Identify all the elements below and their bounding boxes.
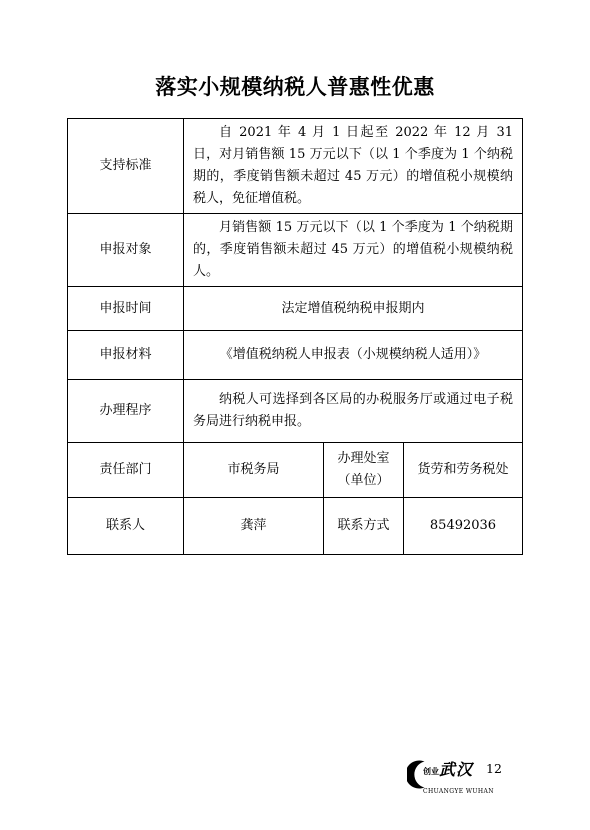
chuangye-wuhan-logo: 创业 武汉 CHUANGYE WUHAN xyxy=(407,758,494,797)
page-number: 12 xyxy=(486,761,502,776)
table-row: 申报材料 《增值税纳税人申报表（小规模纳税人适用）》 xyxy=(68,331,523,380)
row-label-handling-office: 办理处室（单位） xyxy=(324,443,404,498)
logo-chinese-text: 创业 武汉 xyxy=(423,762,494,778)
row-value-contact-person: 龚萍 xyxy=(184,498,324,555)
policy-info-table: 支持标准 自 2021 年 4 月 1 日起至 2022 年 12 月 31 日… xyxy=(67,118,523,555)
page-title: 落实小规模纳税人普惠性优惠 xyxy=(0,71,590,101)
logo-text: 创业 武汉 CHUANGYE WUHAN xyxy=(423,762,494,797)
page-footer: 创业 武汉 CHUANGYE WUHAN 12 xyxy=(0,756,590,800)
table-row: 支持标准 自 2021 年 4 月 1 日起至 2022 年 12 月 31 日… xyxy=(68,119,523,214)
row-label-declaration-target: 申报对象 xyxy=(68,214,184,287)
logo-cn-big: 武汉 xyxy=(439,762,473,778)
table-row: 申报对象 月销售额 15 万元以下（以 1 个季度为 1 个纳税期的，季度销售额… xyxy=(68,214,523,287)
row-label-procedure: 办理程序 xyxy=(68,380,184,443)
row-value-contact-number: 85492036 xyxy=(404,498,523,555)
row-value-support-standard: 自 2021 年 4 月 1 日起至 2022 年 12 月 31 日，对月销售… xyxy=(184,119,523,214)
row-value-responsible-dept: 市税务局 xyxy=(184,443,324,498)
table-row: 联系人 龚萍 联系方式 85492036 xyxy=(68,498,523,555)
row-label-responsible-dept: 责任部门 xyxy=(68,443,184,498)
document-page: 落实小规模纳税人普惠性优惠 支持标准 自 2021 年 4 月 1 日起至 20… xyxy=(0,0,590,830)
row-value-procedure: 纳税人可选择到各区局的办税服务厅或通过电子税务局进行纳税申报。 xyxy=(184,380,523,443)
row-value-declaration-target: 月销售额 15 万元以下（以 1 个季度为 1 个纳税期的，季度销售额未超过 4… xyxy=(184,214,523,287)
table-row: 申报时间 法定增值税纳税申报期内 xyxy=(68,287,523,331)
row-label-support-standard: 支持标准 xyxy=(68,119,184,214)
row-label-declaration-material: 申报材料 xyxy=(68,331,184,380)
row-label-contact-method: 联系方式 xyxy=(324,498,404,555)
row-label-declaration-time: 申报时间 xyxy=(68,287,184,331)
row-value-handling-office: 货劳和劳务税处 xyxy=(404,443,523,498)
row-value-declaration-material: 《增值税纳税人申报表（小规模纳税人适用）》 xyxy=(184,331,523,380)
logo-cn-small: 创业 xyxy=(423,767,439,778)
row-label-contact-person: 联系人 xyxy=(68,498,184,555)
table-row: 责任部门 市税务局 办理处室（单位） 货劳和劳务税处 xyxy=(68,443,523,498)
table-row: 办理程序 纳税人可选择到各区局的办税服务厅或通过电子税务局进行纳税申报。 xyxy=(68,380,523,443)
logo-latin-text: CHUANGYE WUHAN xyxy=(423,788,494,795)
row-value-declaration-time: 法定增值税纳税申报期内 xyxy=(184,287,523,331)
